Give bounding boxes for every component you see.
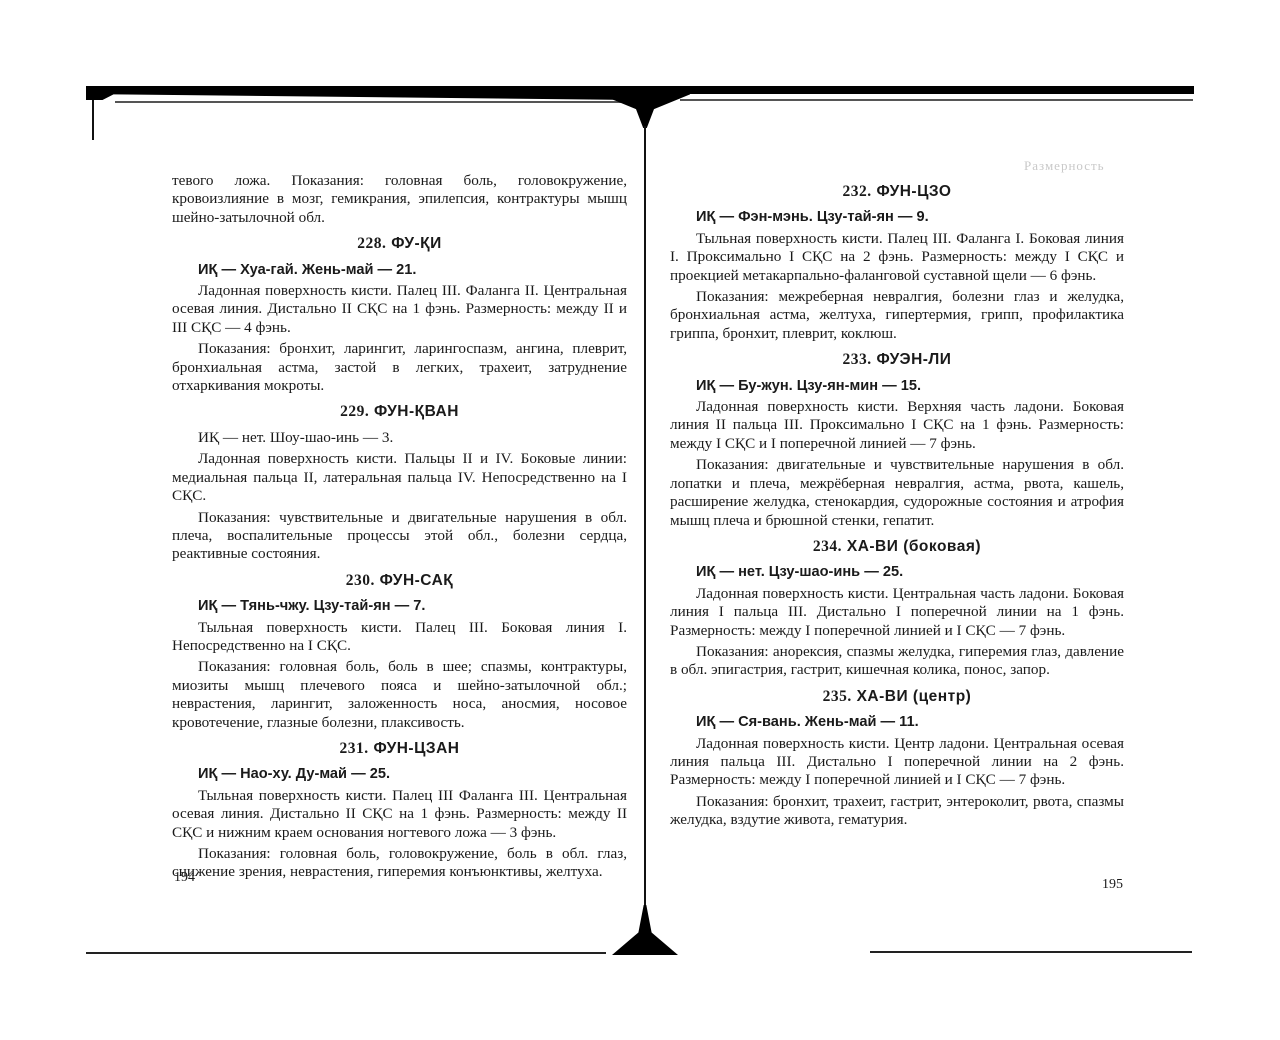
acupoint-entry: 232. ФУН-ЦЗО ИҚ — Фэн-мэнь. Цзу-тай-ян —… — [670, 183, 1124, 343]
entry-location-paragraph: Ладонная поверхность кисти. Пальцы II и … — [172, 450, 627, 505]
book-spine — [644, 126, 646, 916]
page-number-left: 194 — [174, 870, 195, 886]
entry-location-paragraph: Ладонная поверхность кисти. Центральная … — [670, 585, 1124, 640]
entry-correspondence: ИҚ — Нао-ху. Ду-май — 25. — [172, 765, 627, 783]
page-edge-line — [86, 952, 606, 954]
entry-heading: 229. ФУН-ҚВАН — [172, 403, 627, 421]
book-spine-shadow-bottom — [612, 905, 678, 955]
entry-number: 234. — [813, 538, 842, 555]
entry-indications-paragraph: Показания: бронхит, ларингит, ларингоспа… — [172, 340, 627, 395]
entry-number: 232. — [843, 183, 872, 200]
entry-location-paragraph: Тыльная поверхность кисти. Палец III. Фа… — [670, 230, 1124, 285]
entry-heading: 228. ФУ-ҚИ — [172, 235, 627, 253]
entry-correspondence: ИҚ — Тянь-чжу. Цзу-тай-ян — 7. — [172, 597, 627, 615]
entry-title: ФУН-ЦЗАН — [373, 740, 459, 757]
right-page: 232. ФУН-ЦЗО ИҚ — Фэн-мэнь. Цзу-тай-ян —… — [670, 175, 1124, 830]
entry-indications-paragraph: Показания: анорексия, спазмы желудка, ги… — [670, 643, 1124, 680]
entry-correspondence: ИҚ — нет. Шоу-шао-инь — 3. — [172, 429, 627, 447]
page-edge-line — [115, 101, 630, 103]
entry-number: 233. — [843, 351, 872, 368]
entry-title: ФУН-ЦЗО — [876, 183, 951, 200]
left-page: тевого ложа. Показания: головная боль, г… — [172, 172, 627, 882]
page-edge-shadow-top-left — [86, 86, 636, 100]
book-scan: Размерность тевого ложа. Показания: голо… — [0, 0, 1280, 1040]
entry-heading: 233. ФУЭН-ЛИ — [670, 351, 1124, 369]
entry-correspondence: ИҚ — нет. Цзу-шао-инь — 25. — [670, 563, 1124, 581]
entry-heading: 232. ФУН-ЦЗО — [670, 183, 1124, 201]
entry-location-paragraph: Ладонная поверхность кисти. Палец III. Ф… — [172, 282, 627, 337]
entry-title: ФУЭН-ЛИ — [876, 351, 951, 368]
page-edge-line — [680, 99, 1193, 101]
entry-indications-paragraph: Показания: головная боль, головокружение… — [172, 845, 627, 882]
acupoint-entry: 231. ФУН-ЦЗАН ИҚ — Нао-ху. Ду-май — 25. … — [172, 740, 627, 882]
entry-indications-paragraph: Показания: чувствительные и двигательные… — [172, 509, 627, 564]
entry-correspondence: ИҚ — Бу-жун. Цзу-ян-мин — 15. — [670, 377, 1124, 395]
entry-heading: 235. ХА-ВИ (центр) — [670, 688, 1124, 706]
acupoint-entry: 233. ФУЭН-ЛИ ИҚ — Бу-жун. Цзу-ян-мин — 1… — [670, 351, 1124, 530]
acupoint-entry: 229. ФУН-ҚВАН ИҚ — нет. Шоу-шао-инь — 3.… — [172, 403, 627, 563]
left-page-sections: 228. ФУ-ҚИ ИҚ — Хуа-гай. Жень-май — 21. … — [172, 235, 627, 882]
entry-heading: 231. ФУН-ЦЗАН — [172, 740, 627, 758]
acupoint-entry: 228. ФУ-ҚИ ИҚ — Хуа-гай. Жень-май — 21. … — [172, 235, 627, 395]
entry-number: 229. — [340, 403, 369, 420]
page-edge-line — [870, 951, 1192, 953]
entry-title: ФУ-ҚИ — [391, 235, 442, 252]
entry-correspondence: ИҚ — Хуа-гай. Жень-май — 21. — [172, 261, 627, 279]
entry-indications-paragraph: Показания: межреберная невралгия, болезн… — [670, 288, 1124, 343]
entry-correspondence: ИҚ — Фэн-мэнь. Цзу-тай-ян — 9. — [670, 208, 1124, 226]
entry-title: ФУН-САҚ — [380, 572, 454, 589]
entry-indications-paragraph: Показания: головная боль, боль в шее; сп… — [172, 658, 627, 732]
entry-number: 231. — [340, 740, 369, 757]
entry-title: ХА-ВИ (боковая) — [847, 538, 981, 555]
book-spine-shadow-top — [600, 86, 690, 128]
acupoint-entry: 230. ФУН-САҚ ИҚ — Тянь-чжу. Цзу-тай-ян —… — [172, 572, 627, 732]
entry-location-paragraph: Тыльная поверхность кисти. Палец III. Бо… — [172, 619, 627, 656]
entry-location-paragraph: Ладонная поверхность кисти. Верхняя част… — [670, 398, 1124, 453]
entry-number: 230. — [346, 572, 375, 589]
entry-title: ФУН-ҚВАН — [374, 403, 459, 420]
acupoint-entry: 235. ХА-ВИ (центр) ИҚ — Ся-вань. Жень-ма… — [670, 688, 1124, 830]
entry-heading: 230. ФУН-САҚ — [172, 572, 627, 590]
entry-location-paragraph: Ладонная поверхность кисти. Центр ладони… — [670, 735, 1124, 790]
acupoint-entry: 234. ХА-ВИ (боковая) ИҚ — нет. Цзу-шао-и… — [670, 538, 1124, 680]
entry-correspondence: ИҚ — Ся-вань. Жень-май — 11. — [670, 713, 1124, 731]
entry-heading: 234. ХА-ВИ (боковая) — [670, 538, 1124, 556]
entry-number: 228. — [357, 235, 386, 252]
entry-title: ХА-ВИ (центр) — [857, 688, 972, 705]
entry-indications-paragraph: Показания: двигательные и чувствительные… — [670, 456, 1124, 530]
entry-number: 235. — [823, 688, 852, 705]
page-edge-line — [92, 100, 94, 140]
page-number-right: 195 — [1102, 877, 1123, 893]
page-edge-shadow-top-right — [660, 86, 1194, 94]
entry-indications-paragraph: Показания: бронхит, трахеит, гастрит, эн… — [670, 793, 1124, 830]
continuation-paragraph: тевого ложа. Показания: головная боль, г… — [172, 172, 627, 227]
right-page-sections: 232. ФУН-ЦЗО ИҚ — Фэн-мэнь. Цзу-тай-ян —… — [670, 183, 1124, 830]
entry-location-paragraph: Тыльная поверхность кисти. Палец III Фал… — [172, 787, 627, 842]
bleed-through-text: Размерность — [1024, 158, 1105, 174]
